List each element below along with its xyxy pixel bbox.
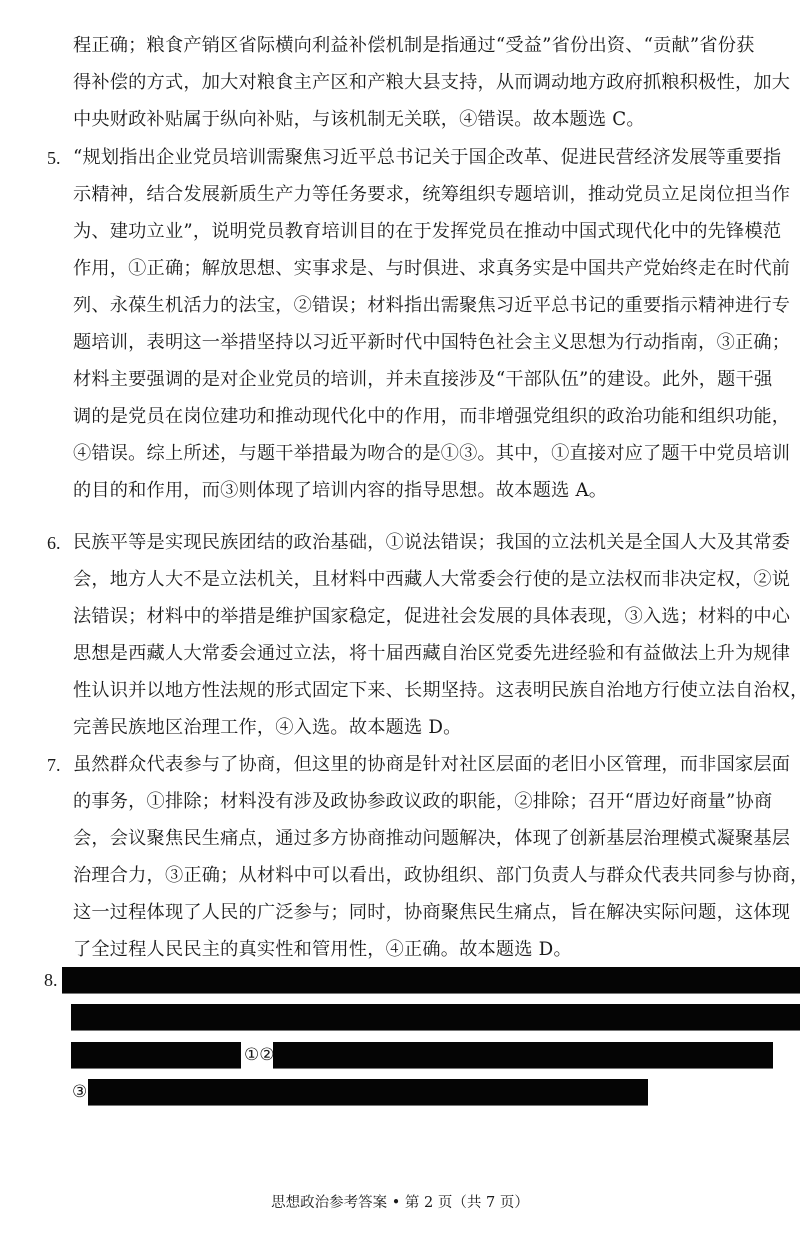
q7-line: 治理合力，③正确；从材料中可以看出，政协组织、部门负责人与群众代表共同参与协商，	[73, 863, 800, 889]
redaction-block	[273, 1042, 773, 1069]
continuation-line: 得补偿的方式，加大对粮食主产区和产粮大县支持，从而调动地方政府抓粮积极性，加大	[73, 70, 790, 96]
q7-line: 了全过程人民民主的真实性和管用性，④正确。故本题选 D。	[73, 937, 572, 963]
page-footer: 思想政治参考答案 • 第 2 页（共 7 页）	[0, 1193, 800, 1213]
q5-line: 题培训，表明这一举措坚持以习近平新时代中国特色社会主义思想为行动指南，③正确；	[73, 330, 790, 356]
q5-line: 调的是党员在岗位建功和推动现代化中的作用，而非增强党组织的政治功能和组织功能，	[73, 404, 790, 430]
q6-line: 法错误；材料中的举措是维护国家稳定，促进社会发展的具体表现，③入选；材料的中心	[73, 604, 790, 630]
q5-line: 材料主要强调的是对企业党员的培训，并未直接涉及“干部队伍”的建设。此外，题干强	[73, 367, 772, 393]
redaction-block	[62, 967, 800, 994]
redaction-block	[71, 1004, 800, 1031]
q7-line: 这一过程体现了人民的广泛参与；同时，协商聚焦民生痛点，旨在解决实际问题，这体现	[73, 900, 790, 926]
question-8-number: 8.	[44, 967, 58, 993]
q6-line: 性认识并以地方性法规的形式固定下来、长期坚持。这表明民族自治地方行使立法自治权，	[73, 678, 800, 704]
q5-line: 作用，①正确；解放思想、实事求是、与时俱进、求真务实是中国共产党始终走在时代前	[73, 256, 790, 282]
redaction-block	[88, 1079, 648, 1106]
q5-line: 为、建功立业”，说明党员教育培训目的在于发挥党员在推动中国式现代化中的先锋模范	[73, 219, 781, 245]
q7-line: 的事务，①排除；材料没有涉及政协参政议政的职能，②排除；召开“厝边好商量”协商	[73, 789, 772, 815]
q6-line: 会，地方人大不是立法机关，且材料中西藏人大常委会行使的是立法权而非决定权，②说	[73, 567, 790, 593]
q6-line: 完善民族地区治理工作，④入选。故本题选 D。	[73, 715, 462, 741]
q6-line: 思想是西藏人大常委会通过立法，将十届西藏自治区党委先进经验和有益做法上升为规律	[73, 641, 790, 667]
continuation-line: 中央财政补贴属于纵向补贴，与该机制无关联，④错误。故本题选 C。	[73, 107, 645, 133]
q6-line: 民族平等是实现民族团结的政治基础，①说法错误；我国的立法机关是全国人大及其常委	[73, 530, 790, 556]
question-6-number: 6.	[47, 530, 61, 556]
question-7-number: 7.	[47, 752, 61, 778]
q8-visible-fragment: ①②	[244, 1042, 274, 1068]
q5-line: ④错误。综上所述，与题干举措最为吻合的是①③。其中，①直接对应了题干中党员培训	[73, 441, 790, 467]
continuation-line: 程正确；粮食产销区省际横向利益补偿机制是指通过“受益”省份出资、“贡献”省份获	[73, 33, 755, 59]
q5-line: 的目的和作用，而③则体现了培训内容的指导思想。故本题选 A。	[73, 478, 607, 504]
q5-line: 列、永葆生机活力的法宝，②错误；材料指出需聚焦习近平总书记的重要指示精神进行专	[73, 293, 790, 319]
q7-line: 会，会议聚焦民生痛点，通过多方协商推动问题解决，体现了创新基层治理模式凝聚基层	[73, 826, 790, 852]
q7-line: 虽然群众代表参与了协商，但这里的协商是针对社区层面的老旧小区管理，而非国家层面	[73, 752, 790, 778]
q5-line: “规划指出企业党员培训需聚焦习近平总书记关于国企改革、促进民营经济发展等重要指	[73, 145, 781, 171]
question-5-number: 5.	[47, 145, 61, 171]
redaction-block	[71, 1042, 241, 1069]
q8-visible-fragment: ③	[72, 1079, 87, 1105]
q5-line: 示精神，结合发展新质生产力等任务要求，统筹组织专题培训，推动党员立足岗位担当作	[73, 182, 790, 208]
